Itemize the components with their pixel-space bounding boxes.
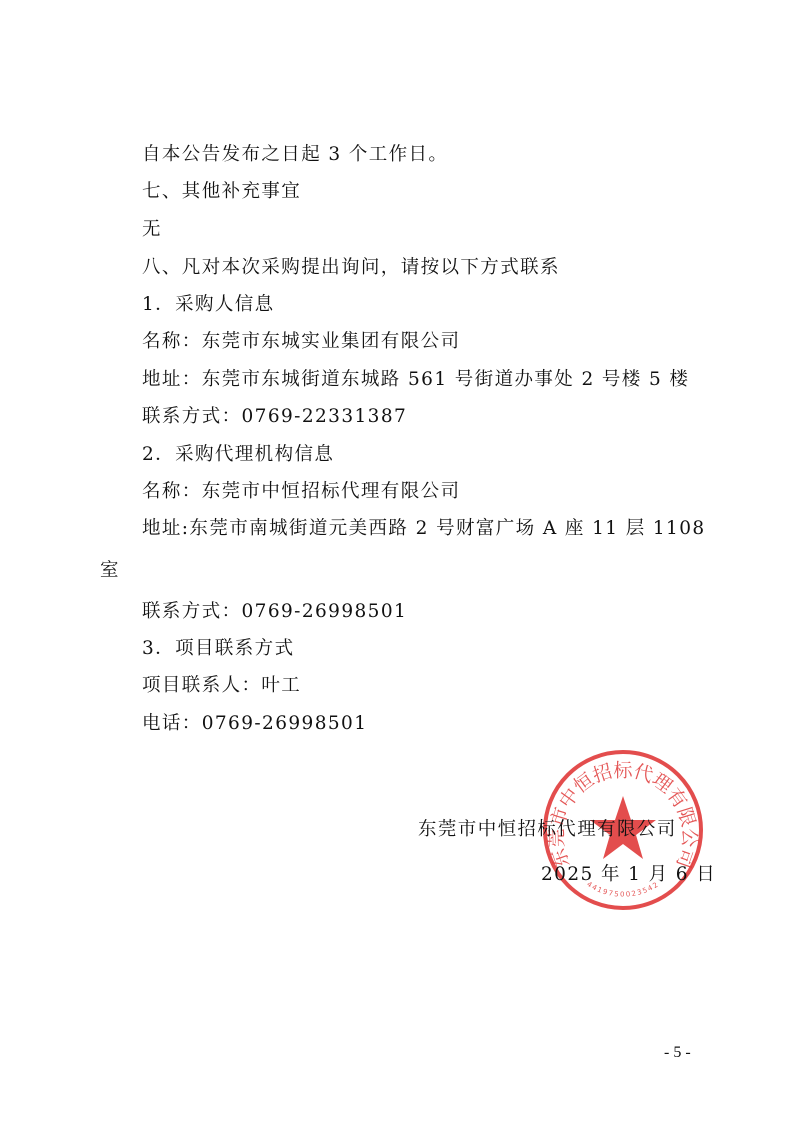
section-heading: 七、其他补充事宜	[142, 180, 301, 204]
section-heading: 八、凡对本次采购提出询问，请按以下方式联系	[142, 256, 560, 280]
text-line: 电话：0769-26998501	[142, 712, 367, 736]
subsection-heading: 2．采购代理机构信息	[142, 443, 334, 467]
text-line: 项目联系人：叶工	[142, 674, 301, 698]
text-line: 联系方式：0769-26998501	[142, 600, 407, 624]
text-line: 地址:东莞市南城街道元美西路 2 号财富广场 A 座 11 层 1108	[142, 517, 706, 541]
text-line: 自本公告发布之日起 3 个工作日。	[142, 143, 448, 167]
subsection-heading: 3．项目联系方式	[142, 637, 294, 661]
text-line: 联系方式：0769-22331387	[142, 405, 407, 429]
text-line: 无	[142, 218, 162, 242]
signature-date: 2025 年 1 月 6 日	[541, 863, 716, 887]
text-line: 地址：东莞市东城街道东城路 561 号街道办事处 2 号楼 5 楼	[142, 368, 689, 392]
subsection-heading: 1．采购人信息	[142, 293, 275, 317]
text-line: 名称：东莞市中恒招标代理有限公司	[142, 480, 460, 504]
page-number: - 5 -	[664, 1044, 691, 1062]
text-line: 名称：东莞市东城实业集团有限公司	[142, 330, 460, 354]
signature-company: 东莞市中恒招标代理有限公司	[418, 818, 677, 842]
text-line: 室	[100, 559, 120, 583]
